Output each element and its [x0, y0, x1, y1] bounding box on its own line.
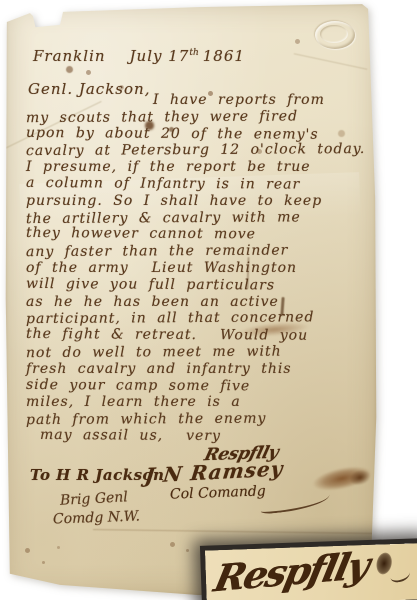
handwritten-line: side your camp some five	[26, 376, 376, 395]
handwritten-line: of the army Lieut Washington	[26, 260, 376, 277]
dateline-date: July 17	[130, 47, 190, 65]
addressee-rank: Brig Genl	[60, 489, 129, 509]
handwritten-line: miles, I learn there is a	[26, 394, 376, 411]
handwritten-line: my scouts that they were fired	[26, 108, 376, 127]
letter-dateline: FranklinJuly 17th1861	[33, 47, 245, 65]
letter-photo: FranklinJuly 17th1861 Genl. Jackson, I h…	[0, 0, 417, 600]
handwritten-line: may assail us, very	[40, 427, 376, 446]
letter-body: I have reports frommy scouts that they w…	[26, 92, 376, 445]
dateline-year: 1861	[203, 47, 245, 65]
signer-rank: Col Comandg	[170, 483, 266, 502]
ink-blot-tail	[389, 566, 411, 583]
handwritten-line: I presume, if the report be true	[26, 159, 376, 176]
embossed-seal	[315, 21, 355, 49]
signature-closeup-inset: Respflly	[205, 543, 417, 600]
handwritten-line: as he he has been an active	[26, 294, 376, 311]
inset-signature: Respflly	[210, 543, 372, 600]
addressee-command: Comdg N.W.	[53, 508, 141, 527]
handwritten-line: not do well to meet me with	[26, 343, 376, 362]
handwritten-line: fresh cavalry and infantry this	[26, 361, 376, 378]
letter-paper: FranklinJuly 17th1861 Genl. Jackson, I h…	[5, 3, 377, 595]
handwritten-line: a column of Infantry is in rear	[26, 175, 376, 194]
handwritten-line: will give you full particulars	[26, 276, 376, 295]
handwritten-line: the fight & retreat. Would you	[26, 326, 376, 345]
signature-flourish	[259, 491, 330, 514]
handwritten-line: path from which the enemy	[26, 410, 376, 429]
paper-shadow-wrap: FranklinJuly 17th1861 Genl. Jackson, I h…	[0, 0, 417, 600]
foxing-spots	[5, 3, 8, 6]
dateline-place: Franklin	[33, 47, 106, 65]
handwritten-line: cavalry at Petersburg 12 o'clock today.	[26, 141, 376, 160]
handwritten-line: I have reports from	[153, 92, 376, 109]
dateline-ordinal: th	[189, 48, 198, 58]
crease-line	[93, 529, 373, 534]
embossed-seal-inner	[320, 25, 348, 43]
crease-line	[294, 53, 368, 70]
handwritten-line: any faster than the remainder	[26, 242, 376, 261]
handwritten-line: pursuing. So I shall have to keep	[26, 193, 376, 210]
